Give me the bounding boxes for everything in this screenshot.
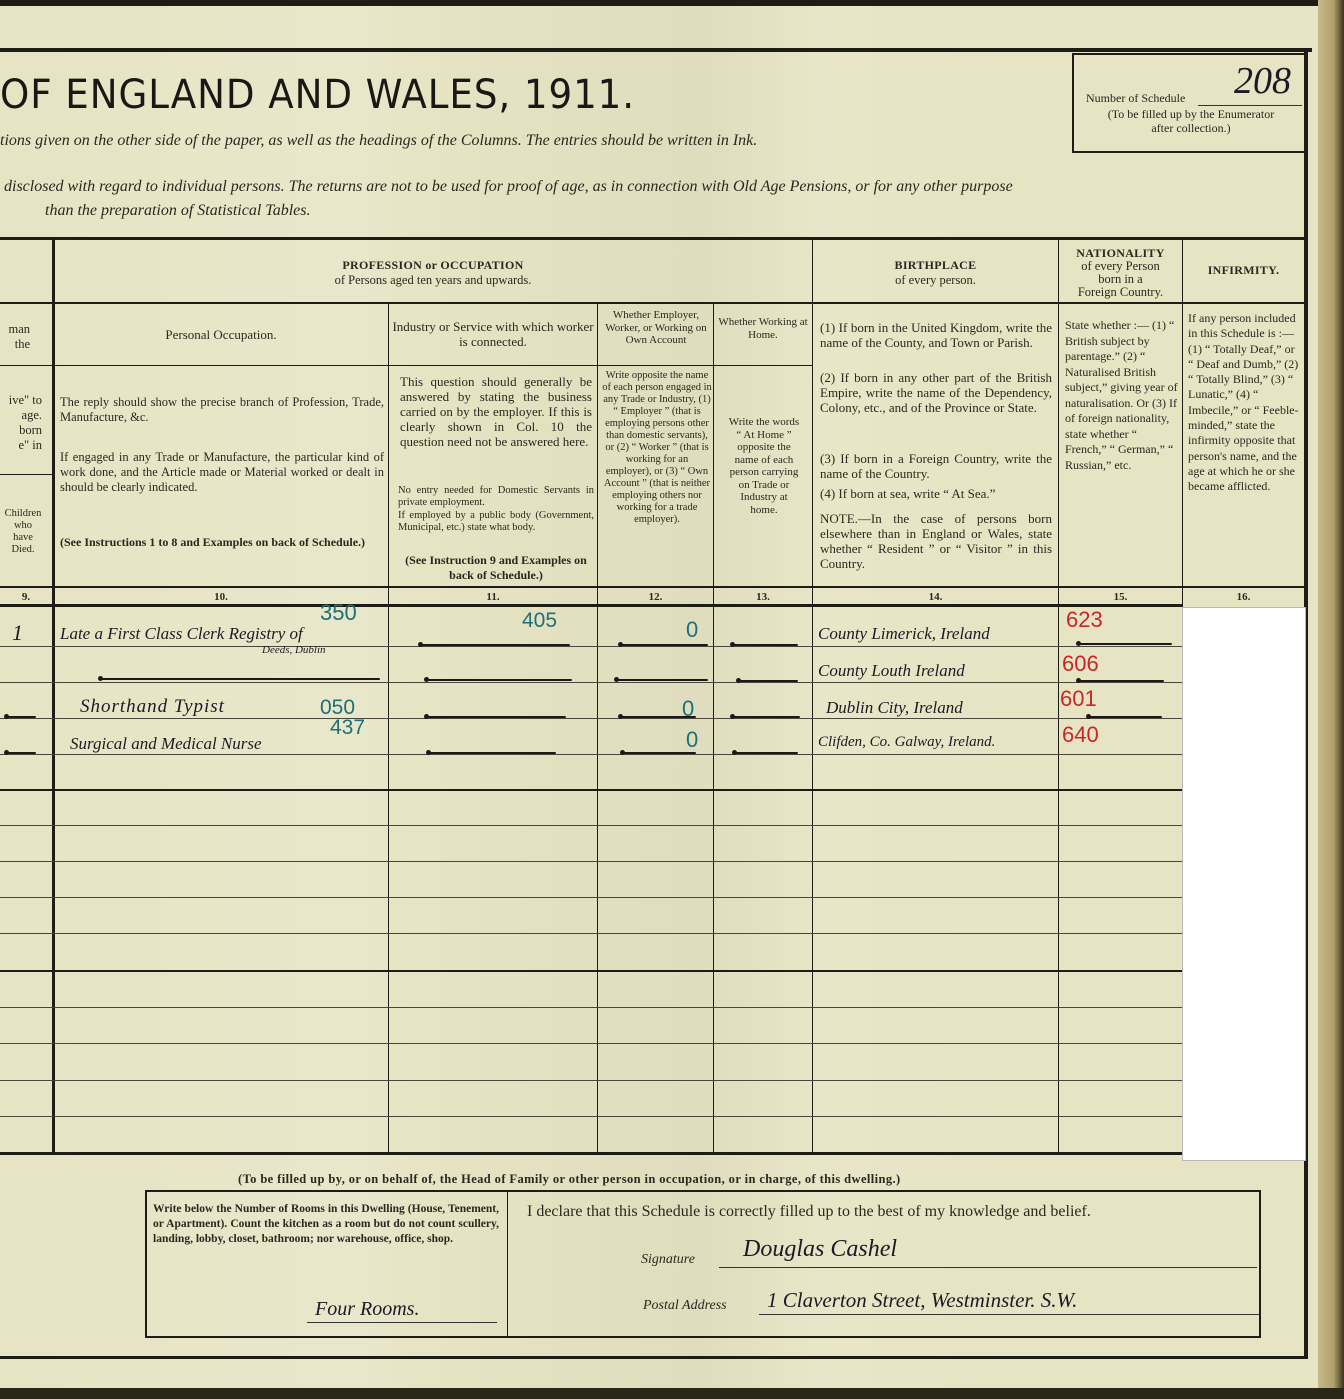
c9-number: 9.: [0, 591, 52, 603]
c13-instruction: Write the words “ At Home ” opposite the…: [728, 416, 800, 516]
row-rule-9: [0, 933, 1182, 934]
c15-instruction: State whether :— (1) “ British subject b…: [1065, 318, 1179, 473]
entry-1-employer-dash: [620, 644, 708, 646]
redacted-infirmity-column: [1182, 607, 1306, 1161]
entry-3-home-dash: [732, 716, 800, 718]
instructions-bottom-rule: [0, 586, 1304, 588]
c10-heading: Personal Occupation.: [56, 327, 386, 342]
c14-instruction-2: (2) If born in any other part of the Bri…: [820, 370, 1052, 415]
postal-address-line: [759, 1314, 1259, 1315]
c11-instruction-1: This question should generally be answer…: [400, 374, 592, 449]
row-rule-12: [0, 1043, 1182, 1044]
profession-section-header: PROFESSION or OCCUPATION of Persons aged…: [54, 258, 812, 288]
entry-2-home-dash: [738, 680, 798, 682]
col-divider-11-12: [597, 304, 598, 1154]
c9-header-partial: man the: [0, 322, 30, 352]
c12-number: 12.: [598, 591, 713, 603]
entry-1-occupation-line-2: Deeds, Dublin: [262, 644, 326, 656]
row-rule-2: [0, 682, 1182, 683]
c14-instruction-1: (1) If born in the United Kingdom, write…: [820, 320, 1052, 350]
c11-instruction-3: If employed by a public body (Government…: [398, 510, 594, 534]
nationality-section-header: NATIONALITY of every Person born in a Fo…: [1059, 247, 1182, 299]
col-divider-14-15: [1058, 238, 1059, 1154]
infirmity-title: INFIRMITY.: [1183, 263, 1304, 278]
colnum-bottom-rule: [0, 604, 1182, 607]
page-bottom-edge: [0, 1388, 1344, 1399]
entry-4-birthplace: Clifden, Co. Galway, Ireland.: [818, 734, 995, 751]
row-rule-4: [0, 754, 1182, 755]
row-rule-8: [0, 897, 1182, 898]
disclosure-line-2: than the preparation of Statistical Tabl…: [45, 202, 311, 220]
c11-instruction-2: No entry needed for Domestic Servants in…: [398, 485, 594, 509]
profession-subtitle: of Persons aged ten years and upwards.: [54, 273, 812, 288]
entry-3-occupation: Shorthand Typist: [80, 696, 225, 718]
rooms-value: Four Rooms.: [315, 1298, 419, 1321]
c10-heading-rule: [54, 365, 389, 366]
c9-mid-partial: ive" to age. born e" in: [0, 393, 42, 453]
entry-4-employer-dash: [622, 752, 696, 754]
postal-address-label: Postal Address: [643, 1298, 727, 1314]
row-rule-14: [0, 1116, 1182, 1117]
row-rule-5: [0, 789, 1182, 791]
row-rule-7: [0, 861, 1182, 862]
col-divider-15-16: [1182, 238, 1183, 608]
birthplace-section-header: BIRTHPLACE of every person.: [813, 258, 1058, 288]
entry-4-occupation-code: 437: [330, 716, 365, 740]
c14-instruction-3: (3) If born in a Foreign Country, write …: [820, 451, 1052, 481]
infirmity-section-header: INFIRMITY.: [1183, 263, 1304, 278]
page-top-edge: [0, 0, 1344, 6]
birthplace-title: BIRTHPLACE: [813, 258, 1058, 273]
row-rule-1: [0, 646, 1182, 647]
col-divider-10-11: [388, 304, 389, 1154]
entry-1-nationality-dash: [1078, 643, 1172, 645]
table-bottom-rule: [0, 1152, 1304, 1155]
c13-number: 13.: [714, 591, 812, 603]
entry-3-nationality-dash: [1088, 716, 1162, 718]
c9-heading-rule-1: [0, 365, 52, 366]
c13-heading: Whether Working at Home.: [716, 316, 810, 341]
c9-header-line-1: man: [0, 322, 30, 337]
entry-3-industry-dash: [426, 716, 566, 718]
c9-mid-line-2: age.: [0, 408, 42, 423]
schedule-number-underline: [1198, 105, 1302, 106]
filled-by-note: (To be filled up by, or on behalf of, th…: [238, 1172, 901, 1187]
col-divider-13-14: [812, 238, 813, 1154]
rooms-underline: [307, 1322, 497, 1323]
table-top-rule: [0, 237, 1304, 240]
c9-mid-line-1: ive" to: [0, 393, 42, 408]
entry-4-home-dash: [734, 752, 798, 754]
c10-instruction-1: The reply should show the precise branch…: [60, 395, 384, 425]
entry-2-occupation-dash: [100, 678, 380, 680]
signature-label: Signature: [641, 1252, 695, 1268]
c13-heading-rule: [714, 365, 812, 366]
declaration-box-divider: [507, 1192, 508, 1336]
col-divider-9-10: [52, 238, 55, 1153]
entry-3-employer-code: 0: [682, 696, 694, 722]
entry-1-industry-code: 405: [522, 609, 557, 633]
entry-2-employer-dash: [616, 679, 708, 681]
census-schedule-page: OF ENGLAND AND WALES, 1911. tions given …: [0, 0, 1344, 1399]
col-divider-12-13: [713, 304, 714, 1154]
section-header-rule: [0, 302, 1304, 304]
entry-2-industry-dash: [426, 679, 572, 681]
c16-instruction: If any person included in this Schedule …: [1188, 311, 1302, 495]
profession-title: PROFESSION or OCCUPATION: [54, 258, 812, 273]
row-rule-10: [0, 970, 1182, 972]
entry-1-occupation: Late a First Class Clerk Registry of: [60, 624, 303, 644]
entry-3-birthplace: Dublin City, Ireland: [826, 698, 963, 718]
entry-3-c9-dash: [6, 716, 36, 718]
row-rule-3: [0, 718, 1182, 719]
c14-number: 14.: [813, 591, 1058, 603]
schedule-number-box: Number of Schedule 208 (To be filled up …: [1072, 53, 1308, 153]
page-bottom-rule: [0, 1356, 1308, 1359]
entry-3-nationality-code: 601: [1060, 686, 1097, 712]
c9-sub-line-1: Children: [0, 508, 46, 520]
entry-2-nationality-code: 606: [1062, 651, 1099, 677]
c9-sub-line-2: who: [0, 520, 46, 532]
entry-1-nationality-code: 623: [1066, 607, 1103, 633]
c11-heading-rule: [389, 365, 597, 366]
c10-instruction-3: (See Instructions 1 to 8 and Examples on…: [60, 535, 384, 550]
entry-1-c9: 1: [12, 620, 23, 646]
c9-subheader-children: Children who have Died.: [0, 508, 46, 556]
entry-4-occupation: Surgical and Medical Nurse: [70, 734, 262, 754]
entry-4-industry-dash: [428, 752, 556, 754]
entry-4-nationality-code: 640: [1062, 722, 1099, 748]
rooms-instruction: Write below the Number of Rooms in this …: [153, 1202, 499, 1247]
top-border: [0, 48, 1312, 52]
c11-heading: Industry or Service with which worker is…: [392, 319, 594, 349]
c9-sub-line-4: Died.: [0, 544, 46, 556]
c9-header-line-2: the: [0, 337, 30, 352]
signature-line: [719, 1267, 1257, 1268]
c9-sub-line-3: have: [0, 532, 46, 544]
entry-4-employer-code: 0: [686, 727, 698, 753]
schedule-number-label: Number of Schedule: [1086, 91, 1185, 106]
page-right-edge: [1318, 0, 1344, 1399]
entry-4-c9-dash: [6, 752, 36, 754]
entry-1-birthplace: County Limerick, Ireland: [818, 624, 990, 644]
c14-instruction-4: (4) If born at sea, write “ At Sea.”: [820, 486, 1052, 501]
c11-number: 11.: [389, 591, 597, 603]
c15-number: 15.: [1059, 591, 1182, 603]
c16-number: 16.: [1183, 591, 1304, 603]
row-rule-6: [0, 825, 1182, 826]
entry-1-occupation-code: 350: [320, 600, 357, 626]
entry-1-employer-code: 0: [686, 617, 698, 643]
entry-1-industry-dash: [420, 644, 570, 646]
c12-heading: Whether Employer, Worker, or Working on …: [600, 309, 712, 347]
entry-2-birthplace: County Louth Ireland: [818, 661, 965, 681]
declaration-box: Write below the Number of Rooms in this …: [145, 1190, 1261, 1338]
birthplace-subtitle: of every person.: [813, 273, 1058, 288]
nationality-subtitle-3: Foreign Country.: [1059, 286, 1182, 299]
schedule-note-2: after collection.): [1080, 121, 1302, 136]
entry-2-nationality-dash: [1078, 680, 1164, 682]
declaration-text: I declare that this Schedule is correctl…: [527, 1203, 1091, 1221]
page-title: OF ENGLAND AND WALES, 1911.: [0, 72, 635, 118]
c14-note: NOTE.—In the case of persons born elsewh…: [820, 511, 1052, 571]
row-rule-11: [0, 1007, 1182, 1008]
signature-value: Douglas Cashel: [743, 1236, 897, 1263]
postal-address-value: 1 Claverton Street, Westminster. S.W.: [767, 1288, 1077, 1313]
c9-heading-rule-2: [0, 474, 52, 475]
c9-mid-line-3: born: [0, 423, 42, 438]
schedule-note-1: (To be filled up by the Enumerator: [1080, 107, 1302, 122]
c12-heading-rule: [598, 365, 713, 366]
entry-1-home-dash: [732, 644, 798, 646]
c9-mid-line-4: e" in: [0, 438, 42, 453]
instruction-line: tions given on the other side of the pap…: [0, 132, 757, 150]
disclosure-line-1: disclosed with regard to individual pers…: [4, 178, 1013, 196]
c10-instruction-2: If engaged in any Trade or Manufacture, …: [60, 450, 384, 495]
schedule-number-value: 208: [1234, 59, 1291, 103]
c11-instruction-4: (See Instruction 9 and Examples on back …: [398, 553, 594, 583]
entry-3-employer-dash: [620, 716, 696, 718]
row-rule-13: [0, 1080, 1182, 1081]
c12-instruction: Write opposite the name of each person e…: [602, 370, 712, 526]
